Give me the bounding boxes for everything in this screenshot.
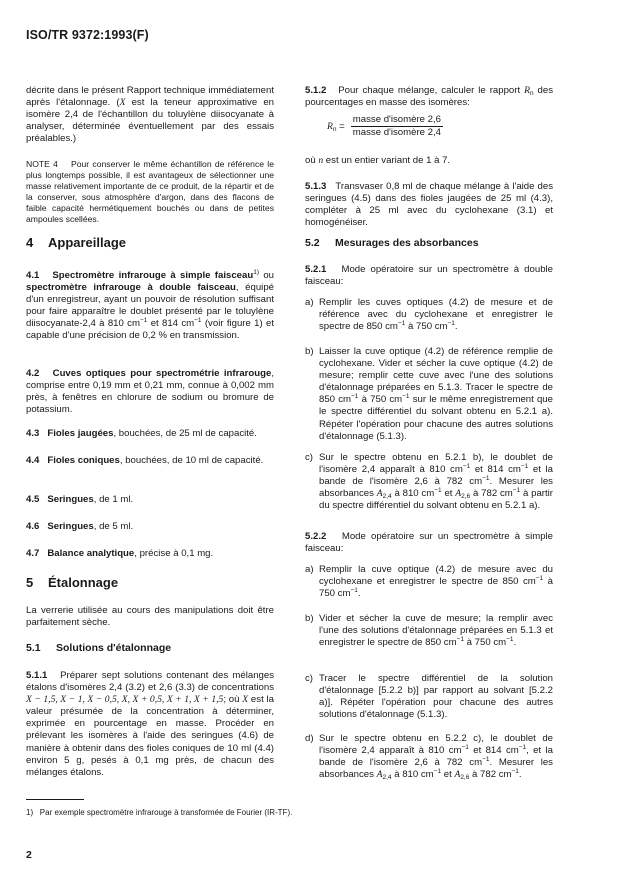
clause-number: 4.5	[26, 494, 39, 505]
clause-4-2: 4.2 Cuves optiques pour spectrométrie in…	[26, 368, 274, 416]
subscript: 2,4	[382, 774, 391, 781]
item-label: c)	[305, 673, 313, 685]
text: ; où	[223, 694, 242, 705]
superscript: −1	[194, 317, 201, 324]
clause-number: 5.1.2	[305, 85, 326, 96]
text: à 782 cm	[470, 488, 513, 499]
section-5-intro: La verrerie utilisée au cours des manipu…	[26, 605, 274, 629]
text: Pour chaque mélange, calculer le rapport	[338, 85, 524, 96]
superscript: −1	[402, 393, 409, 400]
superscript: −1	[506, 636, 513, 643]
item-label: a)	[305, 297, 314, 309]
section-heading-4: 4Appareillage	[26, 237, 274, 249]
item-label: a)	[305, 564, 314, 576]
note-label: NOTE 4	[26, 159, 58, 169]
text: Remplir la cuve optique (4.2) de mesure …	[319, 564, 553, 587]
clause-term: Seringues	[47, 494, 93, 505]
text: et 814 cm	[470, 464, 521, 475]
section-title: Mesurages des absorbances	[335, 237, 479, 249]
text: , bouchées, de 10 ml de capacité.	[120, 455, 263, 466]
text: Tracer le spectre différentiel de la sol…	[319, 673, 553, 720]
text: , précise à 0,1 mg.	[134, 548, 213, 559]
section-number: 5	[26, 577, 48, 589]
text: .	[455, 321, 458, 332]
section-heading-5: 5Étalonnage	[26, 577, 274, 589]
superscript: −1	[512, 768, 519, 775]
clause-number: 4.4	[26, 455, 39, 466]
clause-5-1-3: 5.1.3 Transvaser 0,8 ml de chaque mélang…	[305, 181, 553, 229]
text: à 750 cm	[405, 321, 447, 332]
section-title: Appareillage	[48, 235, 126, 250]
document-header: ISO/TR 9372:1993(F)	[26, 29, 149, 41]
superscript: −1	[457, 636, 464, 643]
numerator: masse d'isomère 2,6	[351, 114, 443, 127]
item-label: b)	[305, 613, 314, 625]
clause-5-2-1: 5.2.1 Mode opératoire sur un spectromètr…	[305, 264, 553, 288]
text: .	[514, 637, 517, 648]
clause-number: 4.3	[26, 428, 39, 439]
clause-term: Cuves optiques pour spectrométrie infrar…	[53, 368, 272, 379]
text: , de 1 ml.	[94, 494, 133, 505]
list-item-5-2-2-c: c)Tracer le spectre différentiel de la s…	[305, 673, 553, 721]
text: , bouchées, de 25 ml de capacité.	[113, 428, 256, 439]
clause-term: Seringues	[47, 521, 93, 532]
section-title: Solutions d'étalonnage	[56, 642, 171, 654]
subscript: n	[333, 126, 337, 133]
text: où	[305, 155, 318, 166]
formula-where: où n est un entier variant de 1 à 7.	[305, 155, 553, 167]
text: à 810 cm	[392, 769, 434, 780]
text: , de 5 ml.	[94, 521, 133, 532]
clause-term: spectromètre infrarouge à double faiscea…	[26, 282, 236, 293]
subsection-heading-5-2: 5.2Mesurages des absorbances	[305, 237, 553, 249]
superscript: −1	[461, 744, 468, 751]
text: à 750 cm	[358, 394, 402, 405]
text: à 782 cm	[469, 769, 511, 780]
clause-4-7: 4.7 Balance analytique, précise à 0,1 mg…	[26, 548, 274, 560]
text: à 750 cm	[464, 637, 506, 648]
list-item-5-2-2-a: a)Remplir la cuve optique (4.2) de mesur…	[305, 564, 553, 600]
footnote-label: 1)	[26, 808, 33, 817]
footnote-text: Par exemple spectromètre infrarouge à tr…	[40, 808, 293, 817]
item-label: c)	[305, 452, 313, 464]
clause-number: 5.2.1	[305, 264, 326, 275]
clause-term: Balance analytique	[47, 548, 134, 559]
list-item-5-2-2-b: b)Vider et sécher la cuve de mesure; la …	[305, 613, 553, 649]
clause-4-3: 4.3 Fioles jaugées, bouchées, de 25 ml d…	[26, 428, 274, 440]
text: .	[358, 588, 361, 599]
text: à 810 cm	[392, 488, 435, 499]
text: .	[519, 769, 522, 780]
paragraph: La verrerie utilisée au cours des manipu…	[26, 605, 274, 629]
clause-term: Fioles jaugées	[47, 428, 113, 439]
subscript: 2,6	[461, 493, 470, 500]
text: Préparer sept solutions contenant des mé…	[26, 670, 274, 693]
clause-number: 5.2.2	[305, 531, 326, 542]
clause-4-1: 4.1 Spectromètre infrarouge à simple fai…	[26, 270, 274, 343]
clause-number: 4.2	[26, 368, 39, 379]
clause-5-1-1: 5.1.1 Préparer sept solutions contenant …	[26, 670, 274, 779]
denominator: masse d'isomère 2,4	[353, 127, 441, 139]
text: est la valeur présumée de la concentrati…	[26, 694, 274, 778]
list-item-5-2-2-d: d)Sur le spectre obtenu en 5.2.2 c), le …	[305, 733, 553, 781]
text: et	[441, 769, 454, 780]
text: et 814 cm	[469, 745, 519, 756]
clause-4-5: 4.5 Seringues, de 1 ml.	[26, 494, 274, 506]
footnote: 1) Par exemple spectromètre infrarouge à…	[26, 807, 292, 819]
list-item-5-2-1-c: c)Sur le spectre obtenu en 5.2.1 b), le …	[305, 452, 553, 512]
clause-5-1-2: 5.1.2 Pour chaque mélange, calculer le r…	[305, 85, 553, 109]
subscript: 2,4	[383, 493, 392, 500]
clause-4-6: 4.6 Seringues, de 5 ml.	[26, 521, 274, 533]
equals-sign: =	[339, 121, 345, 132]
text: est un entier variant de 1 à 7.	[323, 155, 450, 166]
page-number: 2	[26, 849, 32, 861]
subsection-heading-5-1: 5.1Solutions d'étalonnage	[26, 642, 274, 654]
clause-4-4: 4.4 Fioles coniques, bouchées, de 10 ml …	[26, 455, 274, 467]
clause-number: 4.1	[26, 270, 39, 281]
text: sur le même enregistrement que le spectr…	[319, 394, 553, 441]
item-label: d)	[305, 733, 314, 745]
text: et 814 cm	[147, 318, 194, 329]
ratio-formula: Rn = masse d'isomère 2,6 masse d'isomère…	[327, 114, 443, 139]
subscript: 2,6	[460, 774, 469, 781]
clause-number: 5.1.3	[305, 181, 326, 192]
clause-term: Spectromètre infrarouge à simple faiscea…	[52, 270, 253, 281]
text: Transvaser 0,8 ml de chaque mélange à l'…	[305, 181, 553, 228]
clause-5-2-2: 5.2.2 Mode opératoire sur un spectromètr…	[305, 531, 553, 555]
fraction: masse d'isomère 2,6 masse d'isomère 2,4	[351, 114, 443, 139]
list-item-5-2-1-a: a)Remplir les cuves optiques (4.2) de me…	[305, 297, 553, 333]
section-number: 5.2	[305, 237, 335, 249]
note-text: Pour conserver le même échantillon de ré…	[26, 159, 274, 224]
section-number: 5.1	[26, 642, 56, 654]
clause-term: Fioles coniques	[47, 455, 120, 466]
superscript: −1	[448, 320, 455, 327]
clause-number: 4.6	[26, 521, 39, 532]
list-item-5-2-1-b: b)Laisser la cuve optique (4.2) de référ…	[305, 346, 553, 443]
clause-number: 4.7	[26, 548, 39, 559]
superscript: −1	[434, 487, 441, 494]
note-4: NOTE 4 Pour conserver le même échantillo…	[26, 159, 274, 225]
intro-paragraph: décrite dans le présent Rapport techniqu…	[26, 85, 274, 145]
concentrations: X − 1,5, X − 1, X − 0,5, X, X + 0,5, X +…	[26, 694, 223, 705]
clause-number: 5.1.1	[26, 670, 47, 681]
section-number: 4	[26, 237, 48, 249]
text: Mode opératoire sur un spectromètre à si…	[305, 531, 553, 554]
superscript: −1	[434, 768, 441, 775]
footnote-separator	[26, 799, 84, 800]
text: ou	[259, 270, 274, 281]
left-column: décrite dans le présent Rapport techniqu…	[26, 85, 274, 145]
item-label: b)	[305, 346, 314, 358]
section-title: Étalonnage	[48, 575, 118, 590]
text: Vider et sécher la cuve de mesure; la re…	[319, 613, 553, 648]
text: et	[442, 488, 456, 499]
superscript: −1	[350, 587, 357, 594]
text: Mode opératoire sur un spectromètre à do…	[305, 264, 553, 287]
